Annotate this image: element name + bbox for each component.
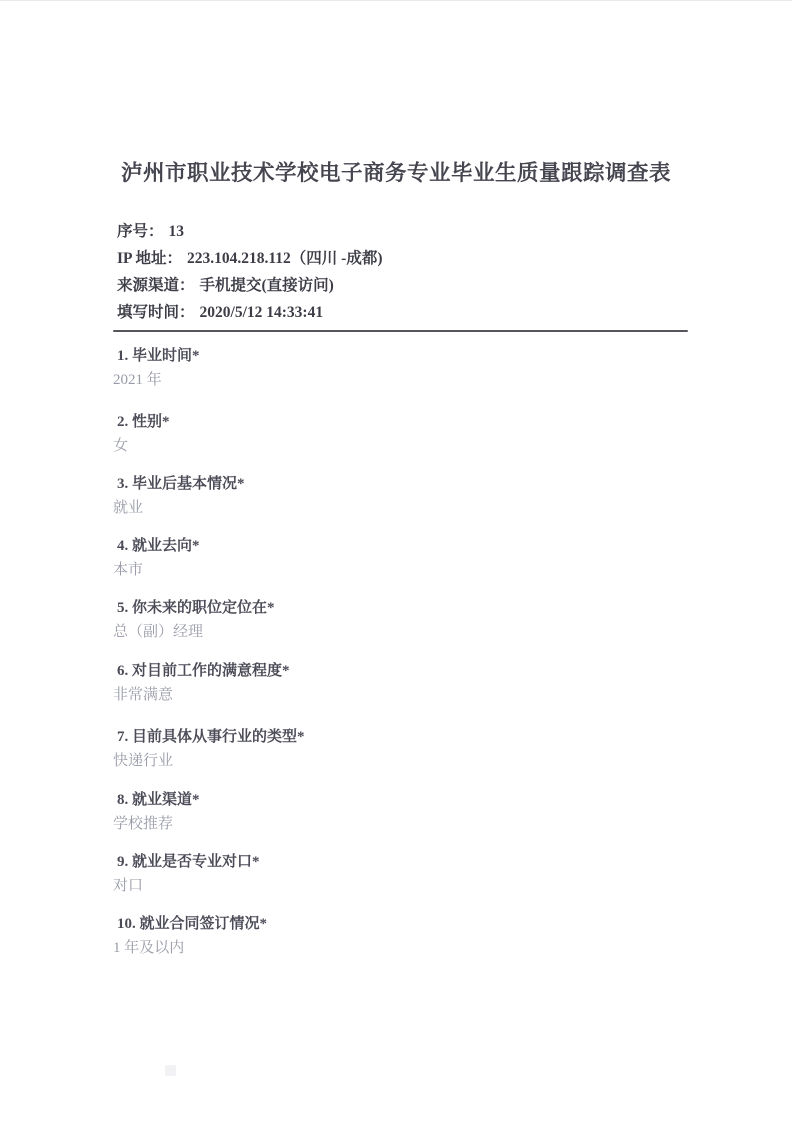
source-channel-value: 手机提交(直接访问) <box>200 277 334 294</box>
question-label: 3. 毕业后基本情况* <box>117 476 677 493</box>
scanned-survey-page: 泸州市职业技术学校电子商务专业毕业生质量跟踪调查表 序号：13 IP 地址：22… <box>0 0 792 1129</box>
question-block-4: 4. 就业去向* 本市 <box>117 538 677 579</box>
submission-meta: 序号：13 IP 地址：223.104.218.112（四川 -成都) 来源渠道… <box>117 218 383 326</box>
meta-line-source: 来源渠道：手机提交(直接访问) <box>117 272 383 299</box>
question-label: 4. 就业去向* <box>117 538 677 555</box>
question-block-8: 8. 就业渠道* 学校推荐 <box>117 792 677 833</box>
question-answer: 对口 <box>113 878 677 895</box>
question-block-5: 5. 你未来的职位定位在* 总（副）经理 <box>117 600 677 641</box>
question-label: 7. 目前具体从事行业的类型* <box>117 729 677 746</box>
question-answer: 就业 <box>113 500 677 517</box>
question-label: 9. 就业是否专业对口* <box>117 854 677 871</box>
section-divider <box>113 330 688 332</box>
fill-time-value: 2020/5/12 14:33:41 <box>200 304 324 321</box>
source-channel-label: 来源渠道： <box>117 277 195 294</box>
question-answer: 本市 <box>113 562 677 579</box>
fill-time-label: 填写时间： <box>117 304 195 321</box>
ip-address-label: IP 地址： <box>117 250 182 267</box>
question-answer: 2021 年 <box>113 372 677 389</box>
question-block-9: 9. 就业是否专业对口* 对口 <box>117 854 677 895</box>
meta-line-time: 填写时间：2020/5/12 14:33:41 <box>117 299 383 326</box>
question-answer: 学校推荐 <box>113 816 677 833</box>
question-answer: 女 <box>113 438 677 455</box>
serial-number-value: 13 <box>169 223 185 240</box>
question-label: 6. 对目前工作的满意程度* <box>117 663 677 680</box>
question-block-10: 10. 就业合同签订情况* 1 年及以内 <box>117 916 677 957</box>
scan-edge-artifact <box>0 0 792 1</box>
serial-number-label: 序号： <box>117 223 164 240</box>
meta-line-serial: 序号：13 <box>117 218 383 245</box>
question-answer: 总（副）经理 <box>113 624 677 641</box>
question-block-1: 1. 毕业时间* 2021 年 <box>117 348 677 389</box>
page-title: 泸州市职业技术学校电子商务专业毕业生质量跟踪调查表 <box>0 156 792 187</box>
ip-address-value: 223.104.218.112（四川 -成都) <box>187 250 382 267</box>
question-label: 10. 就业合同签订情况* <box>117 916 677 933</box>
question-block-3: 3. 毕业后基本情况* 就业 <box>117 476 677 517</box>
question-label: 8. 就业渠道* <box>117 792 677 809</box>
question-label: 2. 性别* <box>117 414 677 431</box>
question-answer: 1 年及以内 <box>113 940 677 957</box>
scan-smudge-artifact <box>165 1065 176 1076</box>
meta-line-ip: IP 地址：223.104.218.112（四川 -成都) <box>117 245 383 272</box>
question-block-2: 2. 性别* 女 <box>117 414 677 455</box>
question-block-6: 6. 对目前工作的满意程度* 非常满意 <box>117 663 677 704</box>
question-label: 5. 你未来的职位定位在* <box>117 600 677 617</box>
question-label: 1. 毕业时间* <box>117 348 677 365</box>
question-answer: 快递行业 <box>113 753 677 770</box>
question-block-7: 7. 目前具体从事行业的类型* 快递行业 <box>117 729 677 770</box>
question-answer: 非常满意 <box>113 687 677 704</box>
